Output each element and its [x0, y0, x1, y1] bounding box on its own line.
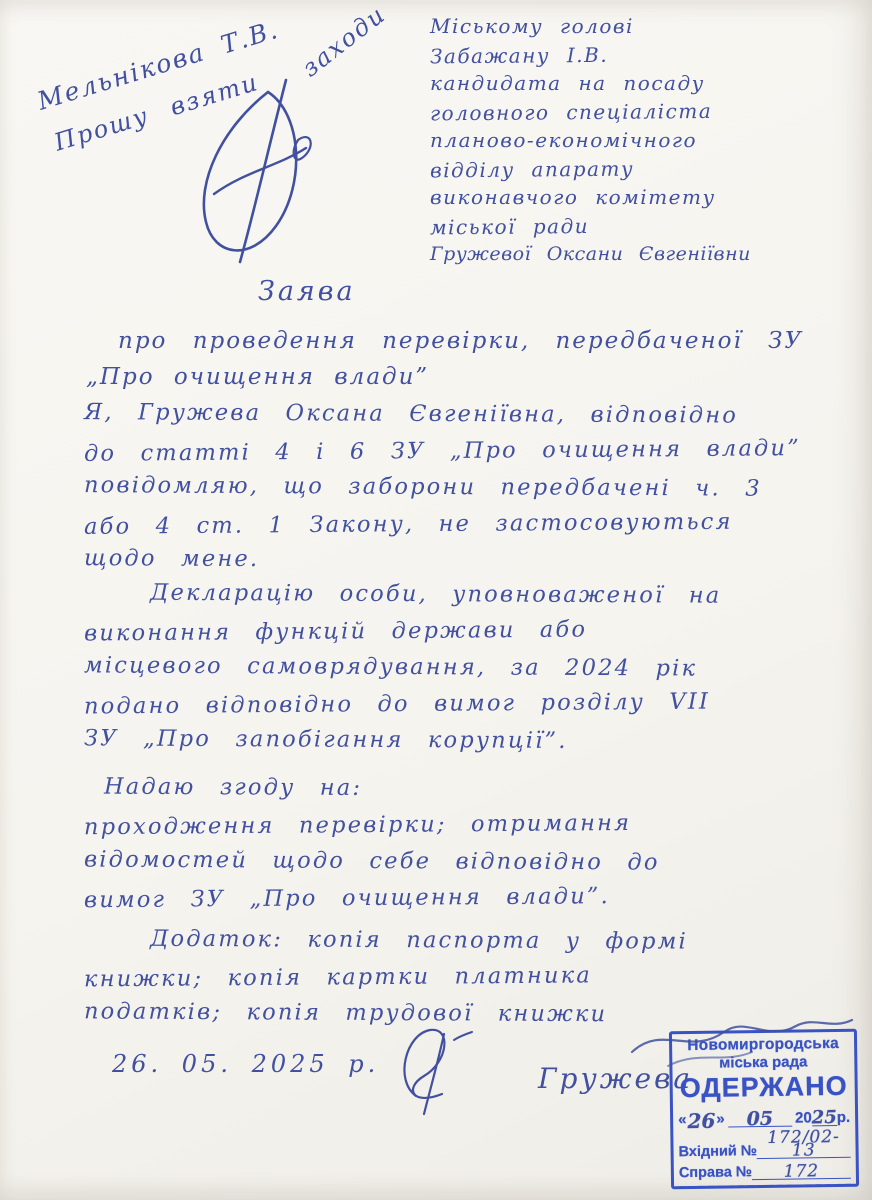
mayor-signature — [186, 72, 336, 272]
addressee-line: Забажану І.В. — [430, 39, 751, 70]
stamp-quote: » — [716, 1111, 725, 1128]
paragraph-declaration: Декларацію особи, уповноваженої на викон… — [84, 576, 721, 759]
stamp-year-prefix: 20 — [795, 1109, 812, 1126]
body-line: місцевого самоврядування, за 2024 рік — [84, 647, 722, 687]
body-line: подано відповідно до вимог розділу VII — [84, 683, 722, 725]
addressee-line: виконавчого комітету — [430, 183, 751, 212]
addressee-line-applicant: Гружевої Оксани Євгеніївни — [430, 240, 751, 269]
body-line: книжки; копія картки платника — [84, 956, 688, 997]
paragraph-statement: Я, Гружева Оксана Євгеніївна, відповідно… — [84, 396, 801, 579]
body-line: до статті 4 і 6 ЗУ „Про очищення влади” — [84, 430, 801, 472]
stamp-case-number-handwritten: 172 — [752, 1165, 851, 1180]
stamp-year-handwritten: 25 — [812, 1111, 837, 1126]
addressee-line: міської ради — [430, 210, 751, 241]
applicant-signature — [382, 1018, 482, 1118]
paragraph-attachments: Додаток: копія паспорта у формі книжки; … — [84, 922, 688, 1032]
body-line: виконання функцій держави або — [84, 610, 722, 652]
stamp-incoming-number-handwritten: 172/02-13 — [757, 1131, 851, 1159]
addressee-line: відділу апарату — [430, 153, 751, 184]
stamp-day-handwritten: 26 — [687, 1114, 715, 1128]
scanned-document-page: Мельнікова Т.В. Прошу взяти заходи Міськ… — [0, 0, 872, 1200]
body-line: вимог ЗУ „Про очищення влади”. — [84, 877, 660, 918]
body-line: або 4 ст. 1 Закону, не застосовуються — [84, 503, 801, 545]
stamp-case-row: Справа № 172 — [679, 1163, 851, 1181]
document-subject-line: про проведення перевірки, передбаченої З… — [118, 328, 803, 354]
addressee-line: Міському голові — [430, 12, 751, 41]
paragraph-consent: Надаю згоду на: проходження перевірки; о… — [84, 770, 660, 916]
body-line: відомостей щодо себе відповідно до — [84, 841, 660, 881]
stamp-dashed-line — [679, 1184, 851, 1188]
stamp-month-handwritten: 05 — [728, 1112, 793, 1128]
stamp-year-suffix: р. — [837, 1109, 851, 1126]
addressee-line: кандидата на посаду — [430, 69, 751, 98]
addressee-line: планово-економічного — [430, 126, 751, 155]
addressee-line: головного спеціаліста — [430, 96, 751, 127]
body-line: повідомляю, що заборони передбачені ч. 3 — [84, 467, 801, 507]
stamp-incoming-label: Вхідний № — [678, 1143, 757, 1160]
addressee-block: Міському голові Забажану І.В. кандидата … — [430, 12, 751, 269]
body-line: ЗУ „Про запобігання корупції”. — [84, 720, 722, 760]
stamp-case-label: Справа № — [679, 1164, 752, 1181]
body-line: Декларацію особи, уповноваженої на — [84, 574, 722, 614]
document-title: Заява — [258, 276, 356, 307]
stamp-incoming-row: Вхідний № 172/02-13 — [678, 1131, 850, 1160]
overlapping-handwriting-stroke — [628, 1008, 858, 1078]
document-date: 26. 05. 2025 р. — [112, 1050, 379, 1078]
body-line: Я, Гружева Оксана Євгеніївна, відповідно — [84, 394, 801, 434]
body-line: Надаю згоду на: — [84, 768, 660, 808]
document-subject-line: „Про очищення влади” — [86, 364, 429, 390]
stamp-quote: « — [678, 1111, 687, 1128]
body-line: Додаток: копія паспорта у формі — [84, 920, 688, 960]
body-line: проходження перевірки; отримання — [84, 804, 660, 845]
stamp-date-row: « 26 » 05 20 25 р. — [678, 1109, 850, 1128]
